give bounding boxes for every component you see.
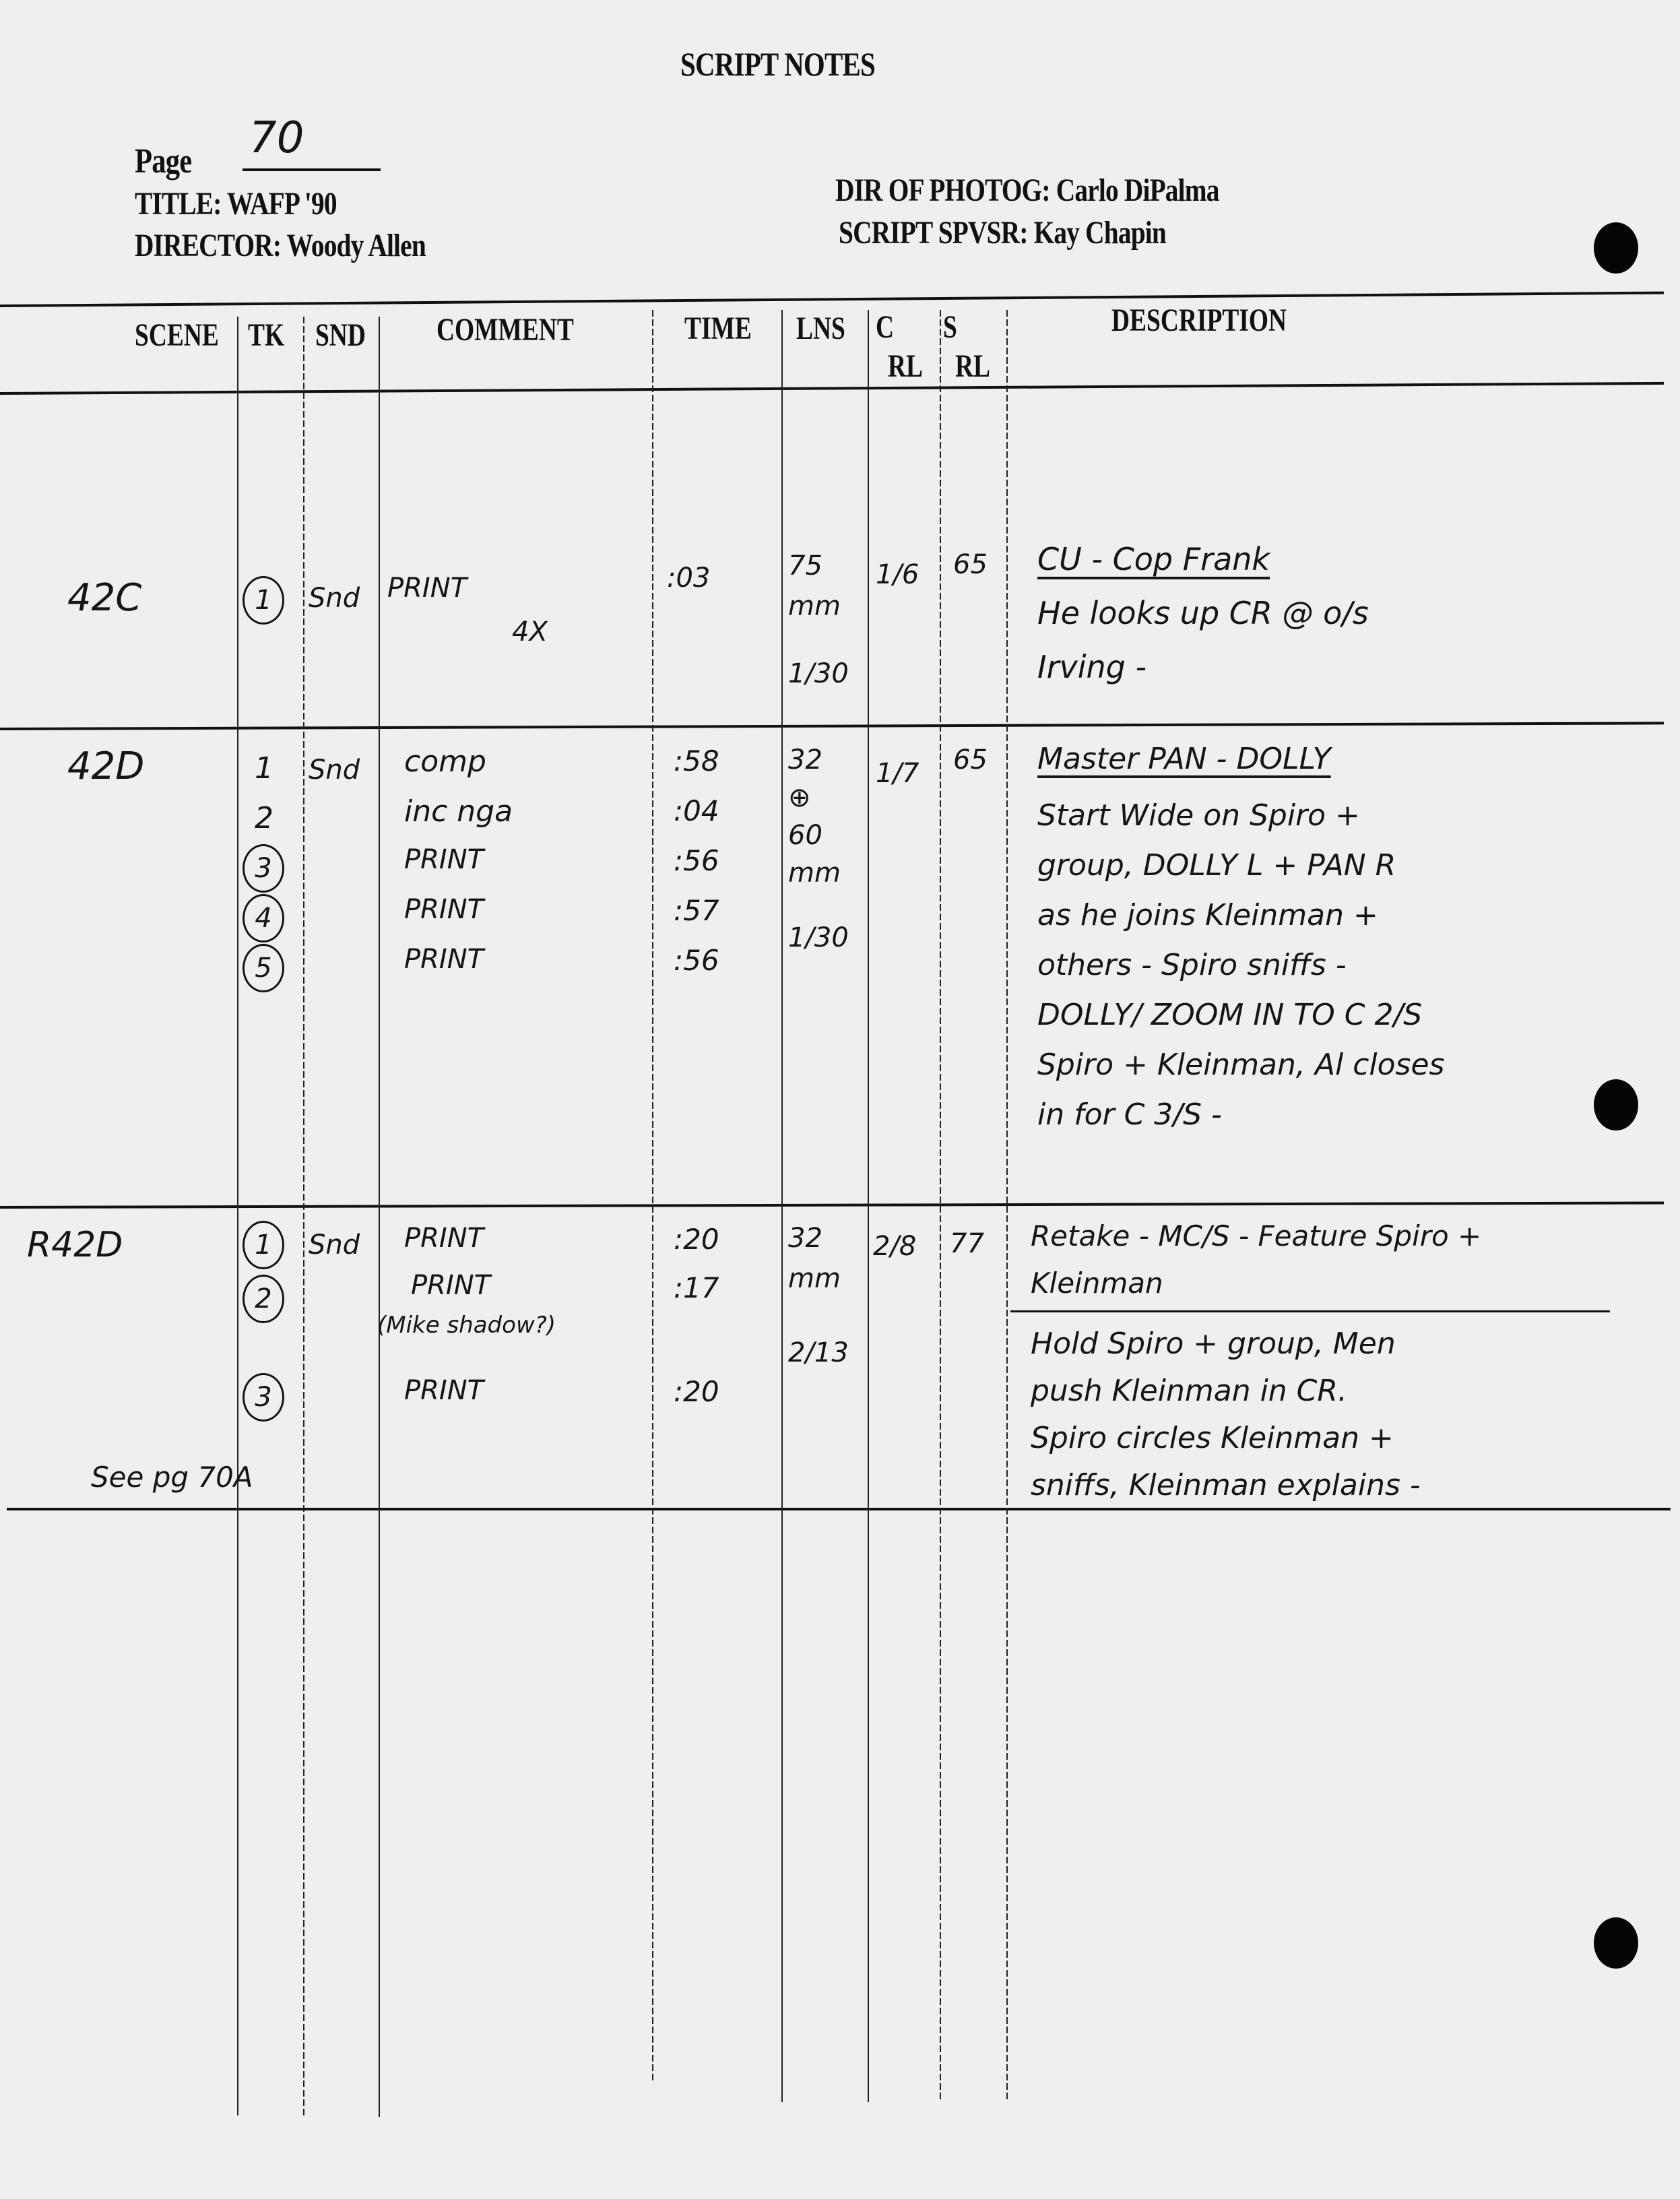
column-header-time: TIME — [684, 310, 752, 347]
description: Master PAN - DOLLY Start Wide on Spiro +… — [1037, 734, 1444, 1140]
take-time: :20 — [674, 1223, 719, 1271]
column-header-lns: LNS — [796, 310, 845, 347]
take-comment: PRINT — [404, 944, 513, 994]
take-time: :04 — [674, 794, 719, 844]
take-comment: PRINT — [404, 1270, 556, 1312]
column-header-tk: TK — [248, 317, 284, 354]
take-time: :57 — [674, 894, 719, 944]
row-divider — [0, 722, 1664, 730]
sound-roll: 77 — [950, 1218, 984, 1269]
description: CU - Cop Frank He looks up CR @ o/s Irvi… — [1037, 532, 1369, 694]
take-time: :58 — [674, 744, 719, 794]
take-list: 1 2 3 4 5 — [243, 744, 284, 994]
take-comment: PRINT — [404, 1223, 556, 1270]
take-time: :20 — [674, 1375, 719, 1424]
director-label: DIRECTOR: — [135, 228, 281, 263]
camera-roll: 1/6 — [876, 549, 919, 600]
director-value: Woody Allen — [286, 228, 425, 263]
column-divider — [303, 317, 304, 2117]
page-number-underline — [243, 168, 381, 171]
take-number: 3 — [243, 844, 284, 894]
take-comment: inc nga — [404, 794, 513, 844]
dop-label: DIR OF PHOTOG: — [835, 172, 1050, 208]
take-number: 2 — [243, 1275, 284, 1373]
description: Hold Spiro + group, Men push Kleinman in… — [1031, 1320, 1421, 1509]
lens-info: 32⊕60mm1/30 — [788, 741, 849, 957]
camera-roll: 2/8 — [873, 1221, 916, 1272]
description-divider — [1010, 1310, 1610, 1312]
form-title: SCRIPT NOTES — [680, 44, 875, 84]
take-comment: PRINT — [404, 844, 513, 894]
footnote: See pg 70A — [91, 1452, 253, 1503]
time-list: :20 :17 :20 — [674, 1223, 719, 1424]
take-comment: PRINT — [404, 894, 513, 944]
title-value: WAFP '90 — [227, 186, 337, 222]
lens-info: 32mm2/13 — [788, 1218, 849, 1373]
hole-punch-icon — [1594, 222, 1638, 274]
column-divider — [781, 310, 783, 2102]
sound-flag: Snd — [309, 744, 360, 796]
table-top-rule — [0, 292, 1664, 307]
take-number: 1 — [243, 744, 284, 794]
title-label: TITLE: — [135, 186, 222, 222]
take-number: 5 — [243, 944, 284, 994]
take-list: 1 2 3 — [243, 1221, 284, 1427]
dop-value: Carlo DiPalma — [1056, 172, 1219, 208]
take-time: :56 — [674, 844, 719, 894]
lens-info: 75mm1/30 — [788, 546, 849, 694]
page-number: 70 — [249, 113, 304, 163]
take-number: 1 — [243, 573, 284, 625]
page-label: Page — [135, 141, 191, 181]
column-divider — [868, 310, 869, 2102]
take-comment-note: (Mike shadow?) — [377, 1312, 556, 1375]
scene-number: 42C — [67, 573, 141, 624]
time-list: :58 :04 :56 :57 :56 — [674, 744, 719, 994]
column-divider — [237, 317, 238, 2115]
camera-roll: 1/7 — [876, 748, 919, 799]
take-number: 3 — [243, 1373, 284, 1427]
take-number: 2 — [243, 794, 284, 844]
description: Retake - MC/S - Feature Spiro + Kleinman — [1031, 1213, 1610, 1307]
comment-list: PRINT PRINT (Mike shadow?) PRINT — [404, 1223, 556, 1422]
hole-punch-icon — [1594, 1079, 1638, 1130]
column-header-description: DESCRIPTION — [1111, 302, 1287, 339]
director-field: DIRECTOR: Woody Allen — [135, 227, 426, 264]
take-time: :56 — [674, 944, 719, 994]
sound-flag: Snd — [309, 573, 360, 624]
comment-list: comp inc nga PRINT PRINT PRINT — [404, 744, 513, 994]
take-comment: PRINT — [404, 1375, 556, 1422]
take-time: :03 — [667, 552, 710, 604]
supervisor-field: SCRIPT SPVSR: Kay Chapin — [839, 214, 1166, 251]
sound-flag: Snd — [309, 1219, 360, 1271]
supervisor-label: SCRIPT SPVSR: — [839, 215, 1028, 251]
take-comment: comp — [404, 744, 513, 794]
hole-punch-icon — [1594, 1917, 1638, 1969]
dop-field: DIR OF PHOTOG: Carlo DiPalma — [835, 172, 1219, 209]
column-header-c-rl-sub: RL — [888, 348, 923, 385]
header-bottom-rule — [0, 382, 1664, 395]
column-divider — [379, 317, 380, 2117]
row-divider — [0, 1202, 1664, 1209]
column-divider — [652, 310, 653, 2080]
column-header-scene: SCENE — [135, 317, 219, 354]
take-number: 4 — [243, 894, 284, 944]
column-divider — [940, 310, 941, 2102]
supervisor-value: Kay Chapin — [1034, 215, 1166, 251]
column-header-s-rl-sub: RL — [955, 348, 990, 385]
column-header-snd: SND — [315, 317, 366, 354]
take-time: :17 — [674, 1271, 719, 1375]
take-comment-extra: 4X — [512, 606, 548, 658]
take-comment: PRINT — [387, 563, 467, 614]
sound-roll: 65 — [953, 734, 988, 786]
column-header-s-rl: S — [943, 309, 957, 346]
take-number: 1 — [243, 1221, 284, 1275]
column-header-comment: COMMENT — [437, 311, 574, 348]
column-divider — [1006, 310, 1008, 2102]
scene-number: R42D — [27, 1219, 123, 1271]
sound-roll: 65 — [953, 539, 988, 590]
scene-number: 42D — [67, 741, 144, 792]
title-field: TITLE: WAFP '90 — [135, 185, 337, 222]
column-header-c-rl: C — [876, 309, 894, 346]
row-divider — [7, 1508, 1671, 1510]
